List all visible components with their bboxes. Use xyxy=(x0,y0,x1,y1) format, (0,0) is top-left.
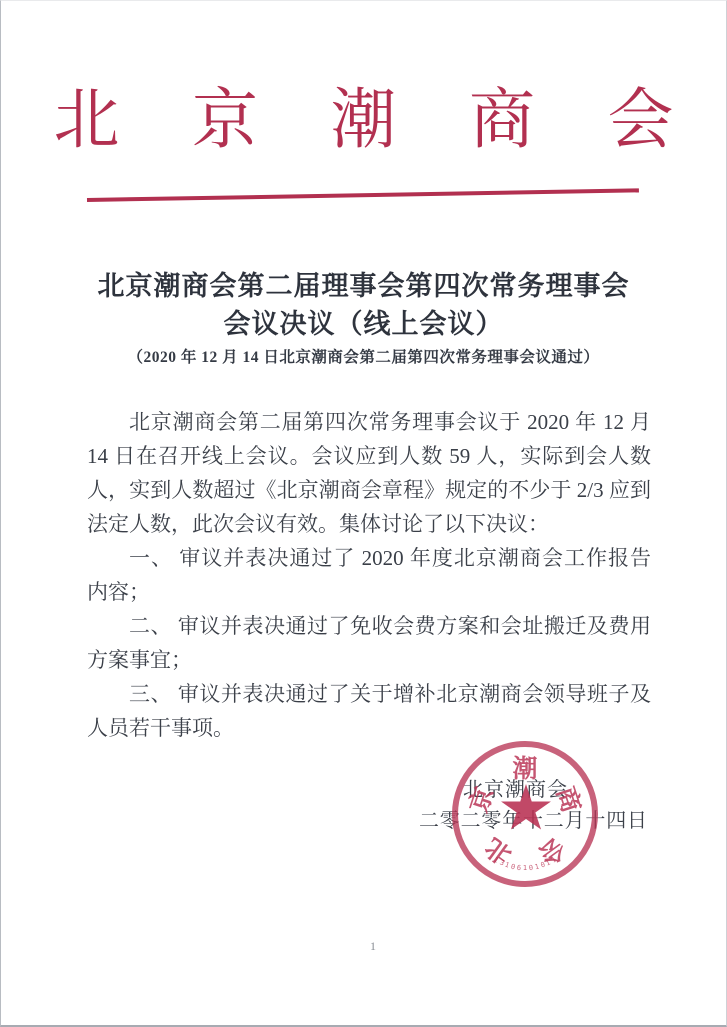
body-line: 方案事宜； xyxy=(87,643,651,677)
body-line: 人，实到人数超过《北京潮商会章程》规定的不少于 2/3 应到 xyxy=(87,473,651,507)
letterhead-org-name: 北 京 潮 商 会 xyxy=(1,85,726,158)
seal-ring-character: 京 xyxy=(467,784,500,817)
seal-ring-character: 商 xyxy=(550,784,583,817)
document-subtitle: （2020 年 12 月 14 日北京潮商会第二届第四次常务理事会议通过） xyxy=(1,345,726,367)
document-body: 北京潮商会第二届第四次常务理事会议于 2020 年 12 月 14 日在召开线上… xyxy=(87,405,651,745)
title-line-1: 北京潮商会第二届理事会第四次常务理事会 xyxy=(1,267,726,305)
body-line-resolution-1: 一、 审议并表决通过了 2020 年度北京潮商会工作报告 xyxy=(87,541,651,575)
document-page: 北 京 潮 商 会 北京潮商会第二届理事会第四次常务理事会 会议决议（线上会议）… xyxy=(0,0,727,1027)
body-line: 北京潮商会第二届第四次常务理事会议于 2020 年 12 月 xyxy=(87,405,651,439)
page-number: 1 xyxy=(370,939,376,954)
body-line-resolution-2: 二、 审议并表决通过了免收会费方案和会址搬迁及费用 xyxy=(87,609,651,643)
body-line-resolution-3: 三、 审议并表决通过了关于增补北京潮商会领导班子及 xyxy=(87,677,651,711)
seal-ring-character: 潮 xyxy=(512,757,538,783)
body-line: 人员若干事项。 xyxy=(87,711,651,745)
seal-star-icon xyxy=(500,784,552,834)
body-line: 法定人数，此次会议有效。集体讨论了以下决议： xyxy=(87,507,651,541)
official-red-seal: 潮商会北京11010160131 xyxy=(452,741,598,887)
body-line: 14 日在召开线上会议。会议应到人数 59 人，实际到会人数 44 xyxy=(87,439,651,473)
letterhead-divider-line xyxy=(87,188,639,202)
title-line-2: 会议决议（线上会议） xyxy=(1,305,726,343)
body-line: 内容； xyxy=(87,575,651,609)
document-title: 北京潮商会第二届理事会第四次常务理事会 会议决议（线上会议） xyxy=(1,267,726,343)
